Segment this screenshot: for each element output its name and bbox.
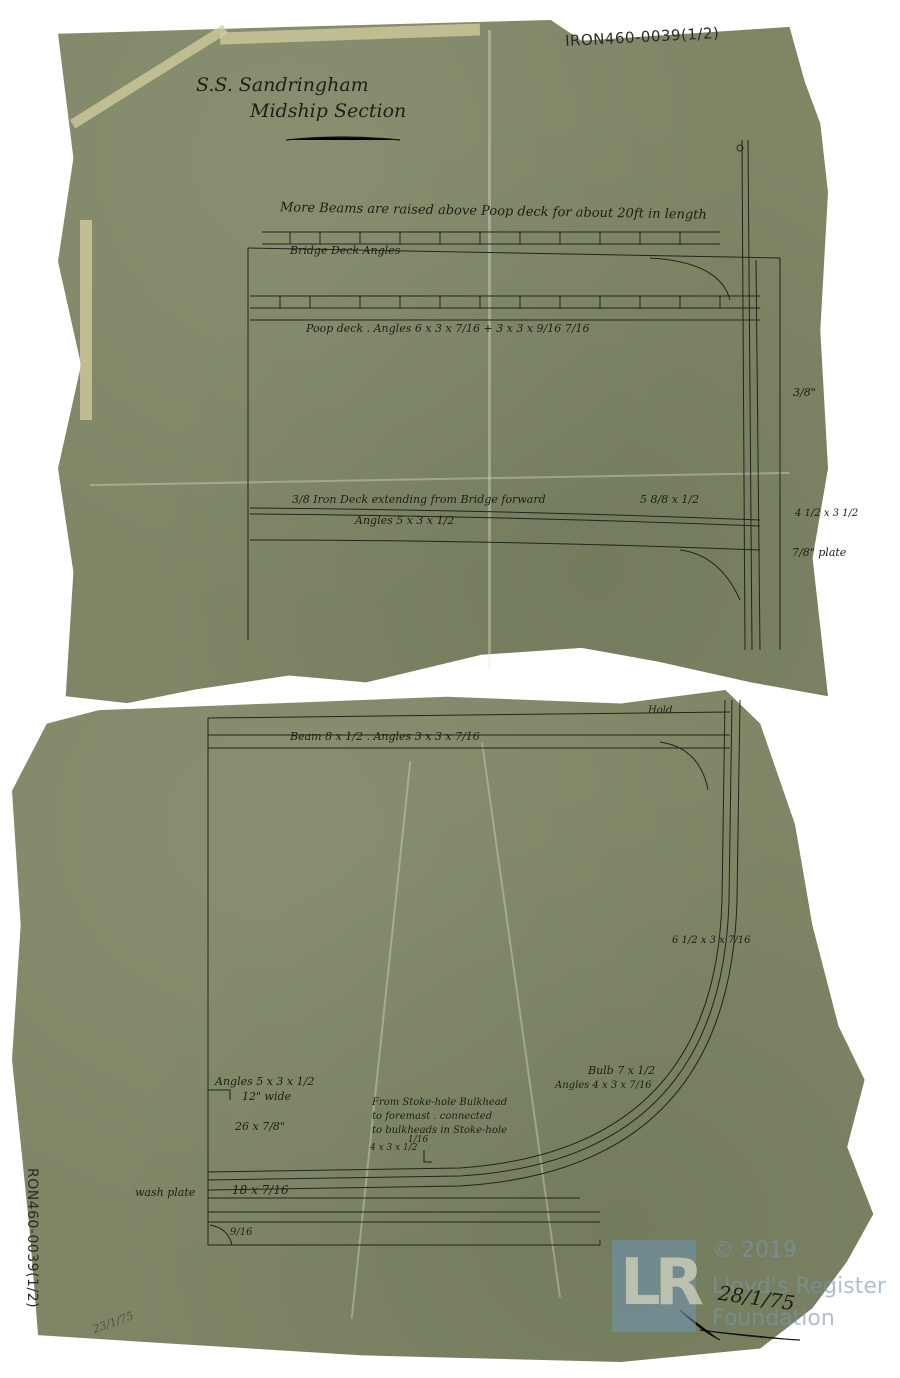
label-bulkhead-note-1: From Stoke-hole Bulkhead [372,1097,507,1108]
label-small-angles: 4 x 3 x 1/2 [370,1143,418,1153]
label-12-wide: 12" wide [242,1090,291,1103]
label-bulb-angles: Angles 4 x 3 x 7/16 [555,1080,652,1091]
label-side-plate: 7/8" plate [792,546,846,559]
label-bulkhead-note-3: to bulkheads in Stoke-hole [372,1125,507,1136]
label-keel-small: 9/16 [230,1227,252,1238]
label-bridge-deck-angles: Bridge Deck Angles [290,244,400,257]
label-side-3-8: 3/8" [793,386,816,399]
label-keel-plate: 18 x 7/16 [232,1183,289,1197]
label-wash-plate: wash plate [135,1186,195,1199]
drawing-subtitle: Midship Section [250,100,406,122]
label-bulb: Bulb 7 x 1/2 [588,1064,655,1077]
label-hold-beam: Hold [648,705,672,716]
label-angles-left: Angles 5 x 3 x 1/2 [215,1075,314,1088]
label-iron-deck-dim: 5 8/8 x 1/2 [640,493,699,506]
reference-number-side: RON460-0039(1/2) [24,1168,40,1308]
label-bulkhead-note-2: to foremast . connected [372,1111,492,1122]
ship-name-title: S.S. Sandringham [196,74,369,96]
label-poop-deck: Poop deck . Angles 6 x 3 x 7/16 + 3 x 3 … [306,322,589,335]
label-side-4x3: 4 1/2 x 3 1/2 [795,508,858,519]
label-frame-dim: 6 1/2 x 3 x 7/16 [672,935,750,946]
label-angles-5x3: Angles 5 x 3 x 1/2 [355,514,454,527]
lr-logo-letters: LR [620,1246,698,1320]
label-beam-upper: Beam 8 x 1/2 . Angles 3 x 3 x 7/16 [290,730,480,743]
label-26-dim: 26 x 7/8" [235,1120,285,1133]
watermark-copyright: © 2019 [712,1238,797,1263]
label-iron-deck: 3/8 Iron Deck extending from Bridge forw… [292,493,546,506]
